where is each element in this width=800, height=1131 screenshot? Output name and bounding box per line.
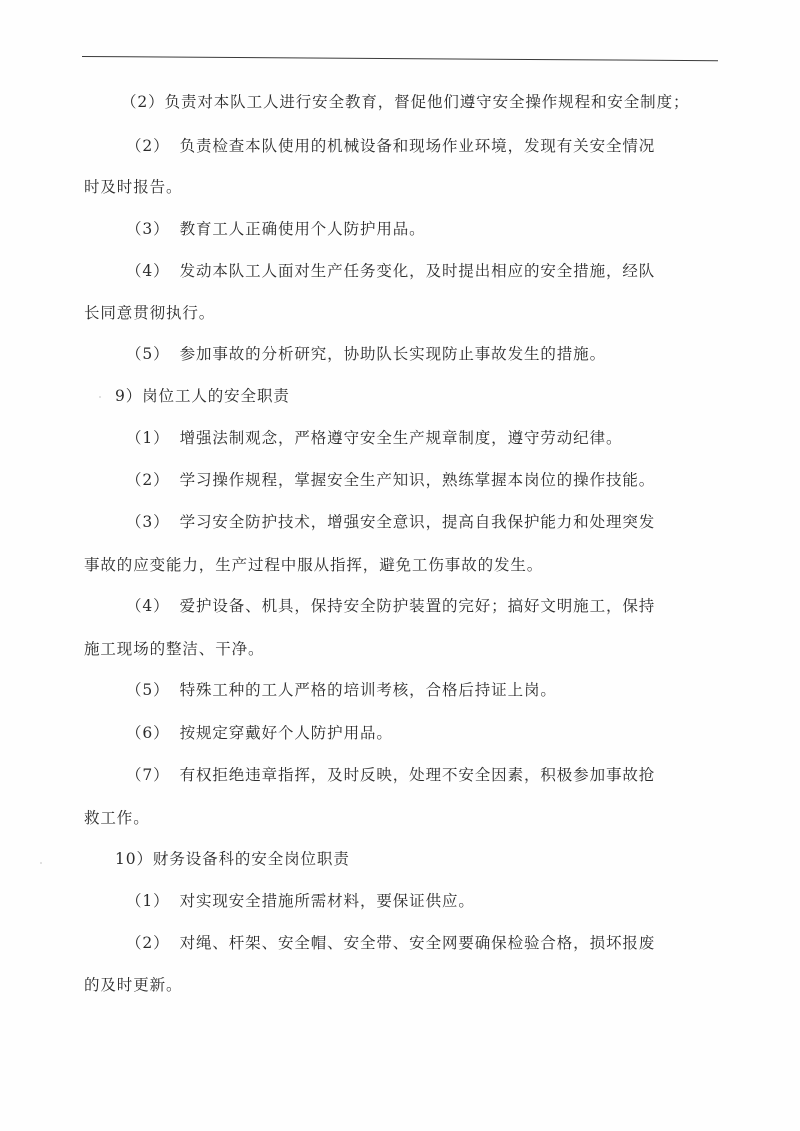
item-number: （2） — [126, 136, 170, 156]
item-number: （7） — [126, 765, 170, 785]
section-9-item: （3）学习安全防护技术，增强安全意识，提高自我保护能力和处理突发 — [126, 512, 655, 532]
section-9-item: （2）学习操作规程，掌握安全生产知识，熟练掌握本岗位的操作技能。 — [126, 470, 655, 490]
item-text: 教育工人正确使用个人防护用品。 — [180, 220, 426, 238]
item-text: 负责检查本队使用的机械设备和现场作业环境，发现有关安全情况 — [180, 137, 656, 155]
item-number: （3） — [126, 512, 170, 532]
item-number: （5） — [126, 680, 170, 700]
section-10-item-continuation: 的及时更新。 — [84, 975, 182, 995]
item-text: 增强法制观念，严格遵守安全生产规章制度，遵守劳动纪律。 — [180, 429, 623, 447]
scan-speck — [99, 396, 101, 398]
item-number: （5） — [126, 344, 170, 364]
scan-speck — [40, 862, 42, 864]
paragraph-item: （4）发动本队工人面对生产任务变化，及时提出相应的安全措施，经队 — [126, 261, 655, 281]
section-9-item: （5）特殊工种的工人严格的培训考核，合格后持证上岗。 — [126, 680, 557, 700]
item-number: （2） — [121, 92, 165, 112]
item-text: 按规定穿戴好个人防护用品。 — [180, 724, 393, 742]
section-9-item: （1）增强法制观念，严格遵守安全生产规章制度，遵守劳动纪律。 — [126, 428, 622, 448]
item-text: 参加事故的分析研究，协助队长实现防止事故发生的措施。 — [180, 345, 606, 363]
section-9-item-continuation: 救工作。 — [84, 808, 150, 828]
section-heading-9: 9）岗位工人的安全职责 — [115, 386, 290, 406]
paragraph-item: （2）负责对本队工人进行安全教育，督促他们遵守安全操作规程和安全制度； — [121, 92, 689, 112]
section-10-item: （2）对绳、杆架、安全帽、安全带、安全网要确保检验合格，损坏报废 — [126, 933, 655, 953]
item-number: （4） — [126, 596, 170, 616]
item-text: 负责对本队工人进行安全教育，督促他们遵守安全操作规程和安全制度； — [165, 93, 690, 111]
paragraph-continuation: 时及时报告。 — [84, 177, 182, 197]
item-text: 对实现安全措施所需材料，要保证供应。 — [180, 892, 475, 910]
item-number: （1） — [126, 428, 170, 448]
section-heading-10: 10）财务设备科的安全岗位职责 — [115, 849, 350, 869]
item-number: （6） — [126, 723, 170, 743]
section-9-item-continuation: 施工现场的整洁、干净。 — [84, 639, 264, 659]
paragraph-continuation: 长同意贯彻执行。 — [84, 303, 215, 323]
section-9-item: （7）有权拒绝违章指挥，及时反映，处理不安全因素，积极参加事故抢 — [126, 765, 655, 785]
paragraph-item: （3）教育工人正确使用个人防护用品。 — [126, 219, 426, 239]
item-text: 对绳、杆架、安全帽、安全带、安全网要确保检验合格，损坏报废 — [180, 934, 656, 952]
paragraph-item: （2）负责检查本队使用的机械设备和现场作业环境，发现有关安全情况 — [126, 136, 655, 156]
item-number: （2） — [126, 933, 170, 953]
item-text: 学习安全防护技术，增强安全意识，提高自我保护能力和处理突发 — [180, 513, 656, 531]
item-text: 爱护设备、机具，保持安全防护装置的完好；搞好文明施工，保持 — [180, 597, 656, 615]
section-9-item-continuation: 事故的应变能力，生产过程中服从指挥，避免工伤事故的发生。 — [84, 555, 543, 575]
section-10-item: （1）对实现安全措施所需材料，要保证供应。 — [126, 891, 475, 911]
item-text: 发动本队工人面对生产任务变化，及时提出相应的安全措施，经队 — [180, 262, 656, 280]
item-number: （2） — [126, 470, 170, 490]
paragraph-item: （5）参加事故的分析研究，协助队长实现防止事故发生的措施。 — [126, 344, 606, 364]
item-text: 特殊工种的工人严格的培训考核，合格后持证上岗。 — [180, 681, 557, 699]
item-number: （4） — [126, 261, 170, 281]
item-number: （1） — [126, 891, 170, 911]
item-text: 有权拒绝违章指挥，及时反映，处理不安全因素，积极参加事故抢 — [180, 766, 656, 784]
header-rule — [82, 56, 718, 61]
item-text: 学习操作规程，掌握安全生产知识，熟练掌握本岗位的操作技能。 — [180, 471, 656, 489]
document-page: （2）负责对本队工人进行安全教育，督促他们遵守安全操作规程和安全制度； （2）负… — [0, 0, 800, 1131]
section-9-item: （4）爱护设备、机具，保持安全防护装置的完好；搞好文明施工，保持 — [126, 596, 655, 616]
item-number: （3） — [126, 219, 170, 239]
section-9-item: （6）按规定穿戴好个人防护用品。 — [126, 723, 393, 743]
